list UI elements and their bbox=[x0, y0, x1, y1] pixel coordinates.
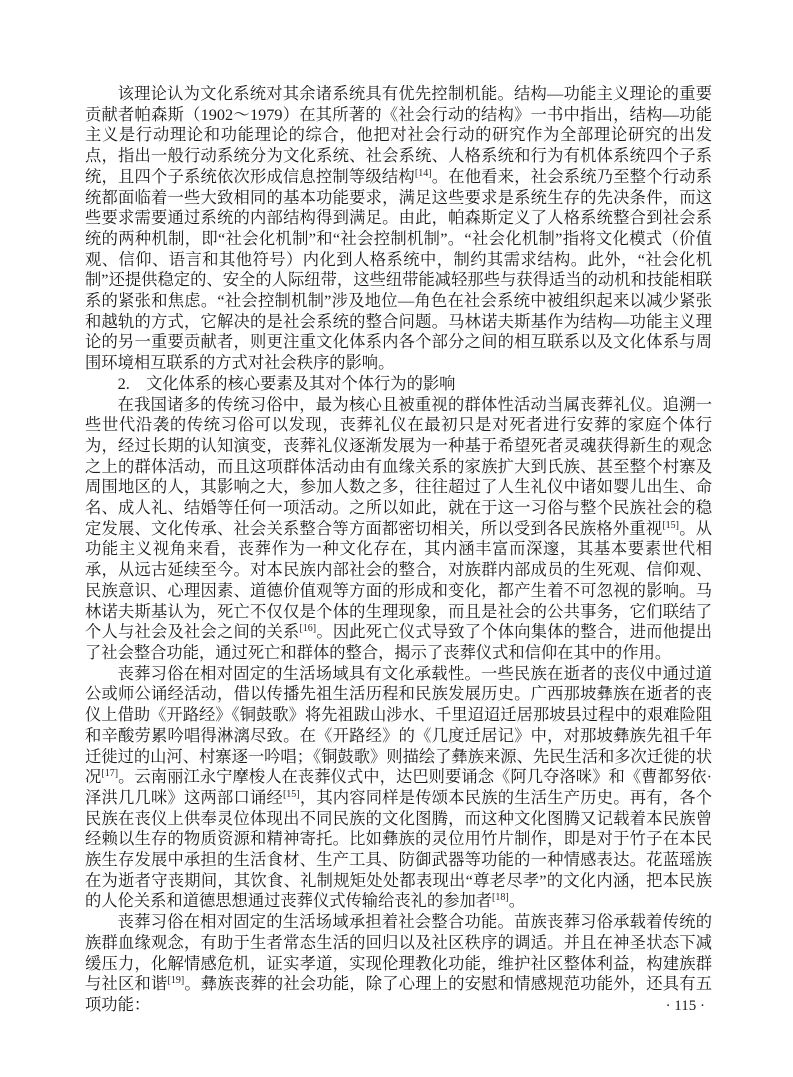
page-body: 该理论认为文化系统对其余诸系统具有优先控制机能。结构—功能主义理论的重要贡献者帕… bbox=[85, 84, 712, 1016]
text-run: 。在他看来，社会系统乃至整个行动系统都面临着一些大致相同的基本功能要求，满足这些… bbox=[85, 167, 712, 372]
section-heading-2: 2. 文化体系的核心要素及其对个体行为的影响 bbox=[85, 374, 712, 395]
footnote-ref: [14] bbox=[415, 168, 432, 179]
paragraph-funeral-rites-core: 在我国诸多的传统习俗中，最为核心且被重视的群体性活动当属丧葬礼仪。追溯一些世代沿… bbox=[85, 395, 712, 664]
footnote-ref: [16] bbox=[299, 623, 316, 634]
footnote-ref: [17] bbox=[101, 768, 118, 779]
footnote-ref: [15] bbox=[283, 789, 300, 800]
footnote-ref: [18] bbox=[492, 892, 509, 903]
paragraph-parsons-theory: 该理论认为文化系统对其余诸系统具有优先控制机能。结构—功能主义理论的重要贡献者帕… bbox=[85, 84, 712, 374]
footnote-ref: [19] bbox=[167, 975, 184, 986]
text-run: 在我国诸多的传统习俗中，最为核心且被重视的群体性活动当属丧葬礼仪。追溯一些世代沿… bbox=[85, 395, 712, 538]
document-page: 该理论认为文化系统对其余诸系统具有优先控制机能。结构—功能主义理论的重要贡献者帕… bbox=[0, 0, 793, 1077]
page-number: · 115 · bbox=[85, 998, 705, 1015]
footnote-ref: [15] bbox=[662, 520, 679, 531]
paragraph-cultural-carrier: 丧葬习俗在相对固定的生活场域具有文化承载性。一些民族在逝者的丧仪中通过道公或师公… bbox=[85, 664, 712, 912]
text-run: 。 bbox=[509, 891, 525, 910]
text-run: 2. 文化体系的核心要素及其对个体行为的影响 bbox=[118, 374, 456, 393]
